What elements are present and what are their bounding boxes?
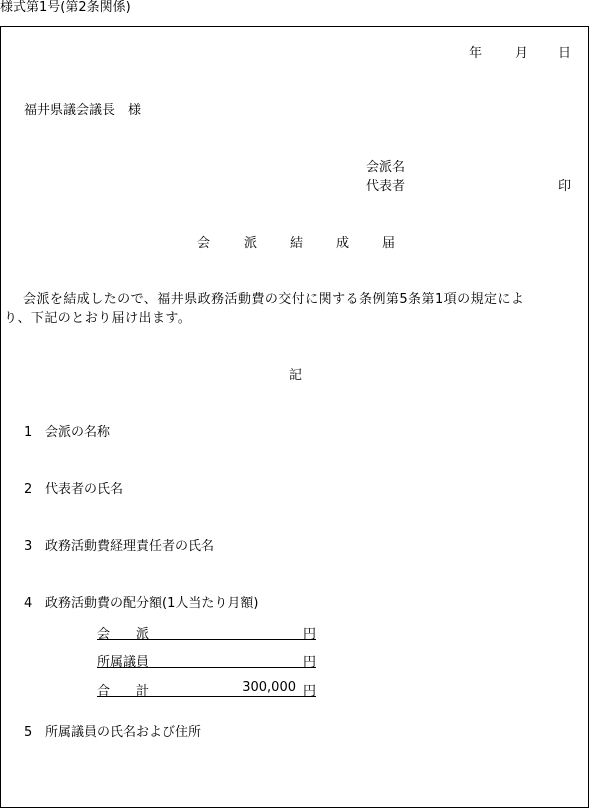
allocation-unit: 円: [303, 651, 316, 670]
title-char-4: 成: [336, 236, 349, 252]
seal-mark: 印: [558, 179, 571, 195]
date-day: 日: [558, 46, 571, 62]
allocation-label: 所属議員: [97, 651, 149, 670]
item-4-label: 政務活動費の配分額(1人当たり月額): [45, 596, 258, 612]
representative-label: 代表者: [366, 179, 405, 195]
allocation-unit: 円: [303, 680, 316, 699]
allocation-row-total: 合 計 300,000 円: [97, 680, 316, 697]
date-month: 月: [515, 46, 528, 62]
item-4-num: 4: [24, 596, 32, 612]
title-char-5: 届: [382, 236, 395, 252]
body-line-1: 会派を結成したので、福井県政務活動費の交付に関する条例第5条第1項の規定によ: [23, 292, 524, 308]
item-2-num: 2: [24, 482, 32, 498]
allocation-unit: 円: [303, 623, 316, 642]
ki-heading: 記: [289, 368, 302, 384]
title-char-1: 会: [197, 236, 210, 252]
item-1-label: 会派の名称: [45, 425, 110, 441]
allocation-row-members: 所属議員 円: [97, 651, 316, 668]
form-label: 様式第1号(第2条関係): [0, 0, 131, 16]
title-char-2: 派: [244, 236, 257, 252]
title-char-3: 結: [290, 236, 303, 252]
item-1-num: 1: [24, 425, 32, 441]
item-2-label: 代表者の氏名: [45, 482, 123, 498]
allocation-amount: 300,000: [242, 680, 296, 695]
item-5-label: 所属議員の氏名および住所: [45, 725, 201, 741]
date-year: 年: [469, 46, 482, 62]
item-3-num: 3: [24, 539, 32, 555]
group-name-label: 会派名: [366, 160, 405, 176]
allocation-label: 合 計: [97, 680, 149, 699]
allocation-row-group: 会 派 円: [97, 623, 316, 640]
allocation-label: 会 派: [97, 623, 149, 642]
item-3-label: 政務活動費経理責任者の氏名: [45, 539, 214, 555]
item-5-num: 5: [24, 725, 32, 741]
addressee: 福井県議会議長 様: [24, 103, 141, 119]
body-line-2: り、下記のとおり届け出ます。: [4, 311, 191, 327]
